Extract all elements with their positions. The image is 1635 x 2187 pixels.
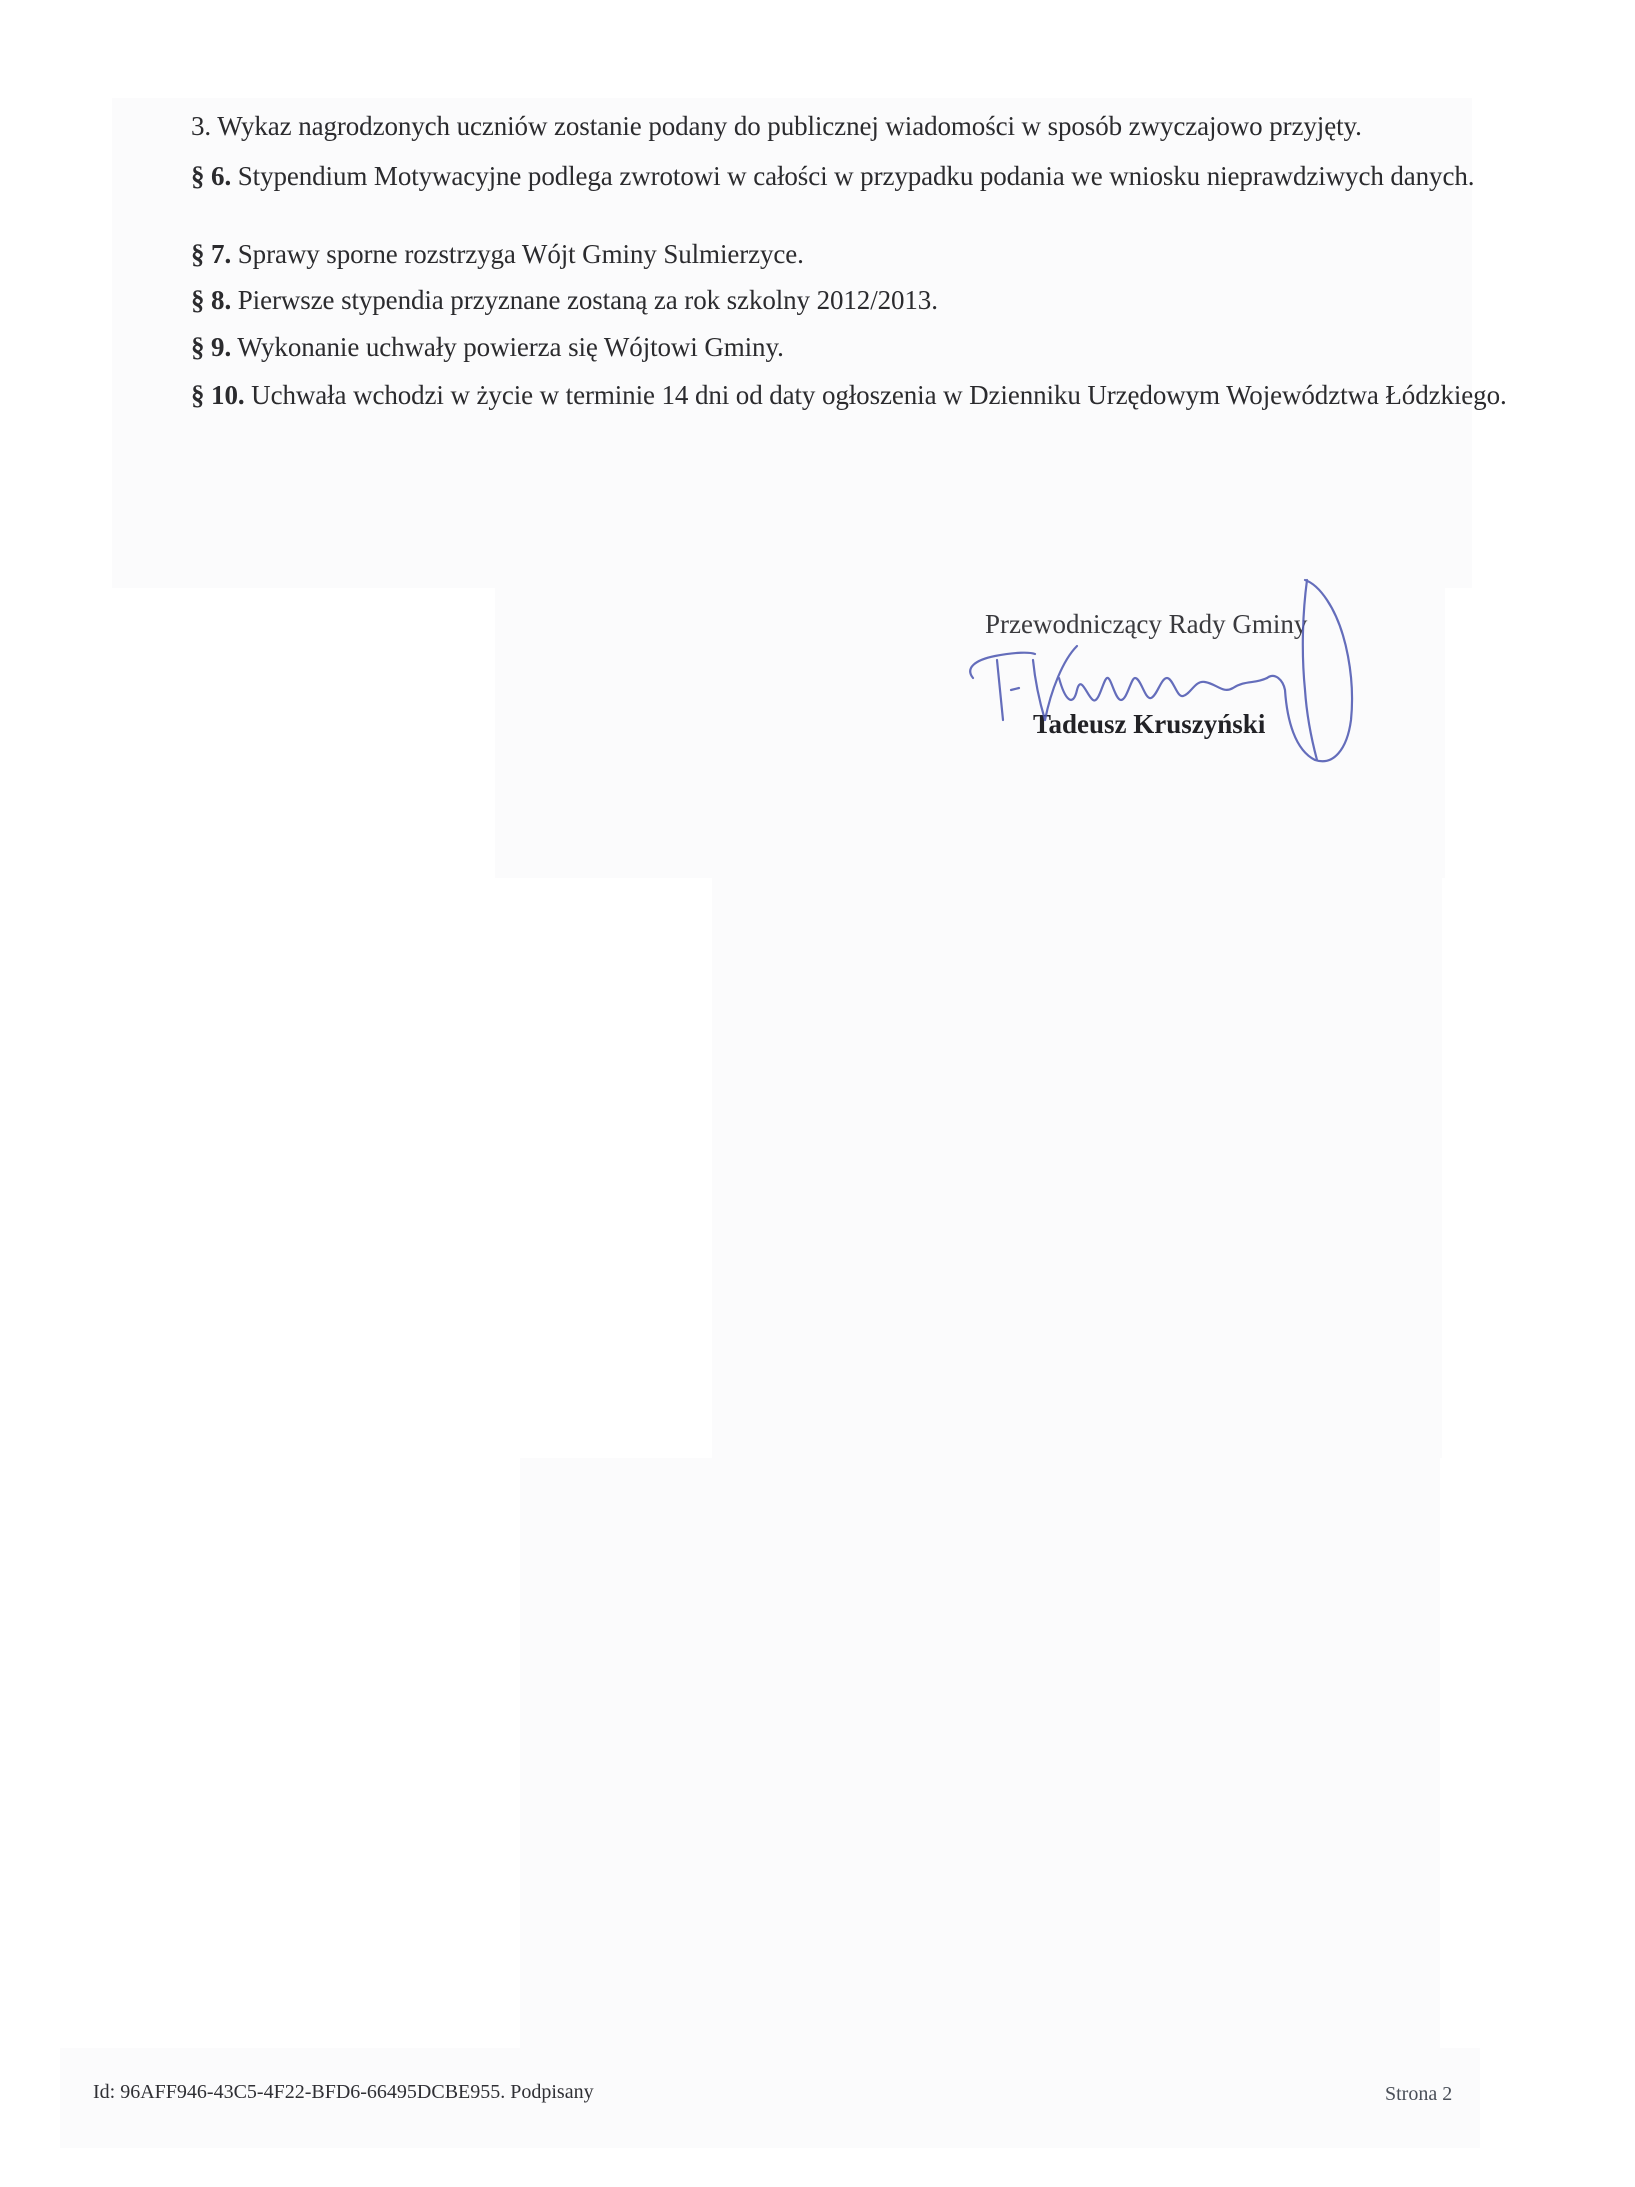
document-page: 3. Wykaz nagrodzonych uczniów zostanie p… [0, 0, 1635, 2187]
paragraph-section-8: § 8. Pierwsze stypendia przyznane zostan… [125, 284, 1510, 316]
section-label: § 10. [191, 380, 245, 410]
document-id: Id: 96AFF946-43C5-4F22-BFD6-66495DCBE955… [93, 2080, 594, 2104]
signatory-title: Przewodniczący Rady Gminy [985, 608, 1307, 640]
paragraph-section-7: § 7. Sprawy sporne rozstrzyga Wójt Gminy… [125, 238, 1510, 270]
section-label: § 7. [191, 239, 231, 269]
paragraph-section-10: § 10. Uchwała wchodzi w życie w terminie… [125, 379, 1510, 411]
signatory-name: Tadeusz Kruszyński [1033, 708, 1265, 740]
section-label: § 6. [191, 161, 231, 191]
scan-background [712, 878, 1442, 1458]
scan-background [520, 1458, 1440, 2048]
section-label: § 8. [191, 285, 231, 315]
paragraph-section-9: § 9. Wykonanie uchwały powierza się Wójt… [125, 331, 1510, 363]
paragraph-text: Pierwsze stypendia przyznane zostaną za … [231, 285, 938, 315]
paragraph-text: Uchwała wchodzi w życie w terminie 14 dn… [245, 380, 1507, 410]
paragraph-text: Wykonanie uchwały powierza się Wójtowi G… [231, 332, 784, 362]
paragraph-text: 3. Wykaz nagrodzonych uczniów zostanie p… [191, 111, 1362, 141]
paragraph-text: Stypendium Motywacyjne podlega zwrotowi … [231, 161, 1474, 191]
section-label: § 9. [191, 332, 231, 362]
page-number: Strona 2 [1385, 2082, 1452, 2106]
paragraph-item-3: 3. Wykaz nagrodzonych uczniów zostanie p… [125, 110, 1510, 142]
paragraph-text: Sprawy sporne rozstrzyga Wójt Gminy Sulm… [231, 239, 804, 269]
paragraph-section-6: § 6. Stypendium Motywacyjne podlega zwro… [125, 160, 1510, 192]
